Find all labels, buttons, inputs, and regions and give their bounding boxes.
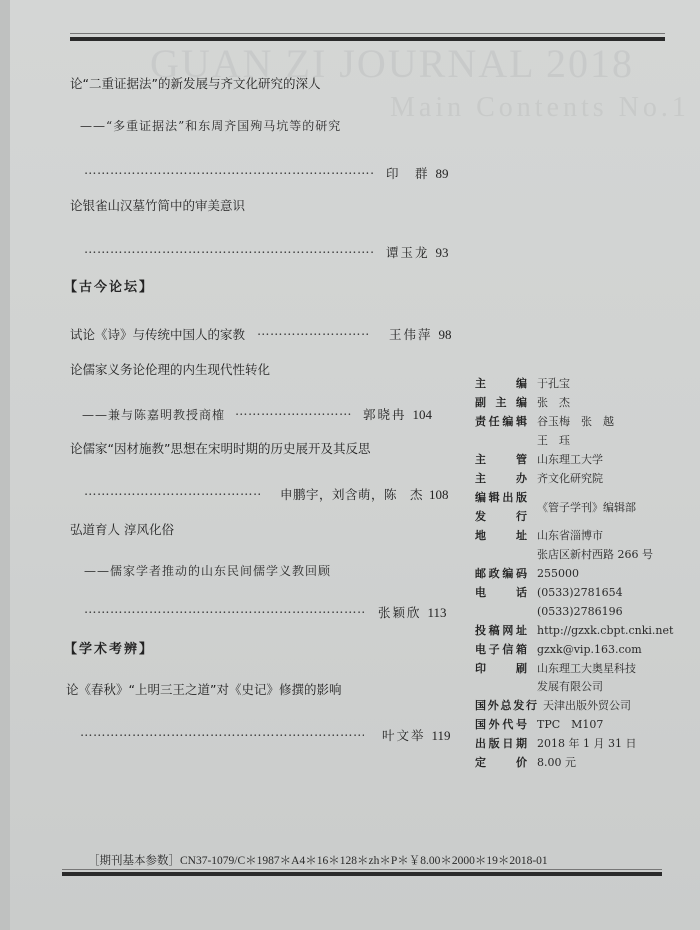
journal-parameters-footer: ［期刊基本参数］CN37-1079/C＊1987＊A4＊16＊128＊zh＊P＊… — [88, 852, 548, 868]
masthead-row-postcode: 邮政编码255000 — [475, 567, 579, 581]
dot-leader: ………………………………………… — [84, 483, 260, 499]
dot-leader: …………………………………………………………………… — [84, 601, 366, 617]
toc-entry-title: 论银雀山汉墓竹简中的审美意识 — [70, 198, 245, 214]
masthead-row-printer-cont: 发展有限公司 — [475, 680, 603, 694]
toc-entry-page: 89 — [435, 166, 448, 181]
toc-entry-leader-line: …………………………………………………………………… 叶文举 119 — [80, 724, 451, 744]
masthead-row-publication-date: 出版日期2018 年 1 月 31 日 — [475, 737, 636, 751]
toc-entry-author: 叶文举 — [382, 728, 426, 743]
masthead-row-deputy-editor: 副主编张 杰 — [475, 396, 570, 410]
toc-entry-subtitle: ——兼与陈嘉明教授商榷 — [82, 408, 225, 422]
masthead-row-distribution: 发行 — [475, 510, 527, 524]
dot-leader: ………………………… — [235, 403, 351, 419]
toc-entry-author: 王伟萍 — [389, 327, 433, 342]
toc-entry-page: 98 — [438, 327, 451, 342]
toc-entry-leader-line: …………………………………………………………………… 谭玉龙 93 — [84, 241, 448, 261]
dot-leader: …………………………………………………………………… — [84, 162, 374, 178]
toc-entry-page: 108 — [429, 487, 449, 502]
section-heading-gujin-luntan: 【古今论坛】 — [64, 276, 154, 295]
toc-entry-author: 申鹏宇，刘含萌，陈 杰 — [280, 487, 423, 502]
masthead-row-email: 电子信箱gzxk@vip.163.com — [475, 643, 642, 657]
masthead-row-responsible-editors: 责任编辑谷玉梅 张 越 — [475, 415, 614, 429]
toc-entry-author: 印 群 — [386, 166, 430, 181]
masthead-row-printer: 印刷山东理工大奥星科技 — [475, 662, 636, 676]
toc-entry-leader-line: 试论《诗》与传统中国人的家教 ………………………… 王伟萍 98 — [70, 323, 451, 343]
dot-leader: …………………………………………………………………… — [84, 241, 374, 257]
top-rule-thin — [70, 33, 665, 34]
masthead-row-address: 地址山东省淄博市 — [475, 529, 603, 543]
masthead-row-address-cont: 张店区新村西路 266 号 — [475, 548, 653, 562]
toc-entry-leader-line: …………………………………………………………………… 印 群 89 — [84, 162, 448, 182]
toc-entry-title: 论《春秋》“上明三王之道”对《史记》修撰的影响 — [66, 682, 341, 698]
toc-entry-page: 104 — [412, 407, 432, 422]
masthead-row-sponsor: 主办齐文化研究院 — [475, 472, 603, 486]
masthead-row-overseas-distributor: 国外总发行天津出版外贸公司 — [475, 699, 631, 713]
toc-entry-author: 张颖欣 — [378, 605, 422, 620]
toc-entry-leader-line: ………………………………………… 申鹏宇，刘含萌，陈 杰 108 — [84, 483, 448, 503]
bottom-rule-thick — [62, 872, 662, 876]
masthead-row-price: 定价8.00 元 — [475, 756, 576, 770]
toc-entry-author: 谭玉龙 — [386, 245, 430, 260]
toc-entry-title: 论“二重证据法”的新发展与齐文化研究的深人 — [70, 76, 320, 92]
toc-entry-title: 试论《诗》与传统中国人的家教 — [70, 327, 245, 342]
toc-entry-author: 郭晓冉 — [363, 407, 407, 422]
masthead-row-phone: 电话(0533)2781654 — [475, 586, 623, 600]
toc-entry-subtitle: ——儒家学者推动的山东民间儒学义教回顾 — [84, 563, 331, 579]
dot-leader: …………………………………………………………………… — [80, 724, 364, 740]
toc-entry-leader-line: ——兼与陈嘉明教授商榷 ………………………… 郭晓冉 104 — [82, 403, 432, 423]
masthead-row-submission-url: 投稿网址http://gzxk.cbpt.cnki.net — [475, 624, 673, 638]
toc-entry-title: 论儒家“因材施教”思想在宋明时期的历史展开及其反思 — [70, 441, 370, 457]
show-through-text-2: Main Contents No.1 — [390, 92, 690, 124]
dot-leader: ………………………… — [257, 323, 369, 339]
toc-entry-page: 93 — [435, 245, 448, 260]
toc-entry-subtitle: ——“多重证据法”和东周齐国殉马坑等的研究 — [80, 118, 341, 134]
toc-entry-page: 113 — [427, 605, 446, 620]
section-heading-xueshu-kaobian: 【学术考辨】 — [64, 638, 154, 657]
toc-entry-title: 论儒家义务论伦理的内生现代性转化 — [70, 362, 270, 378]
masthead-row-responsible-editors-cont: 王 珏 — [475, 434, 570, 448]
page-edge-shadow — [0, 0, 10, 930]
masthead-row-editor-in-chief: 主编于孔宝 — [475, 377, 570, 391]
masthead-row-phone-cont: (0533)2786196 — [475, 605, 623, 619]
masthead-row-overseas-code: 国外代号TPC M107 — [475, 718, 603, 732]
toc-entry-title: 弘道育人 淳风化俗 — [70, 522, 174, 538]
masthead-row-supervisor: 主管山东理工大学 — [475, 453, 603, 467]
toc-entry-leader-line: …………………………………………………………………… 张颖欣 113 — [84, 601, 447, 621]
bottom-rule-thin — [62, 869, 662, 870]
toc-entry-page: 119 — [431, 728, 450, 743]
